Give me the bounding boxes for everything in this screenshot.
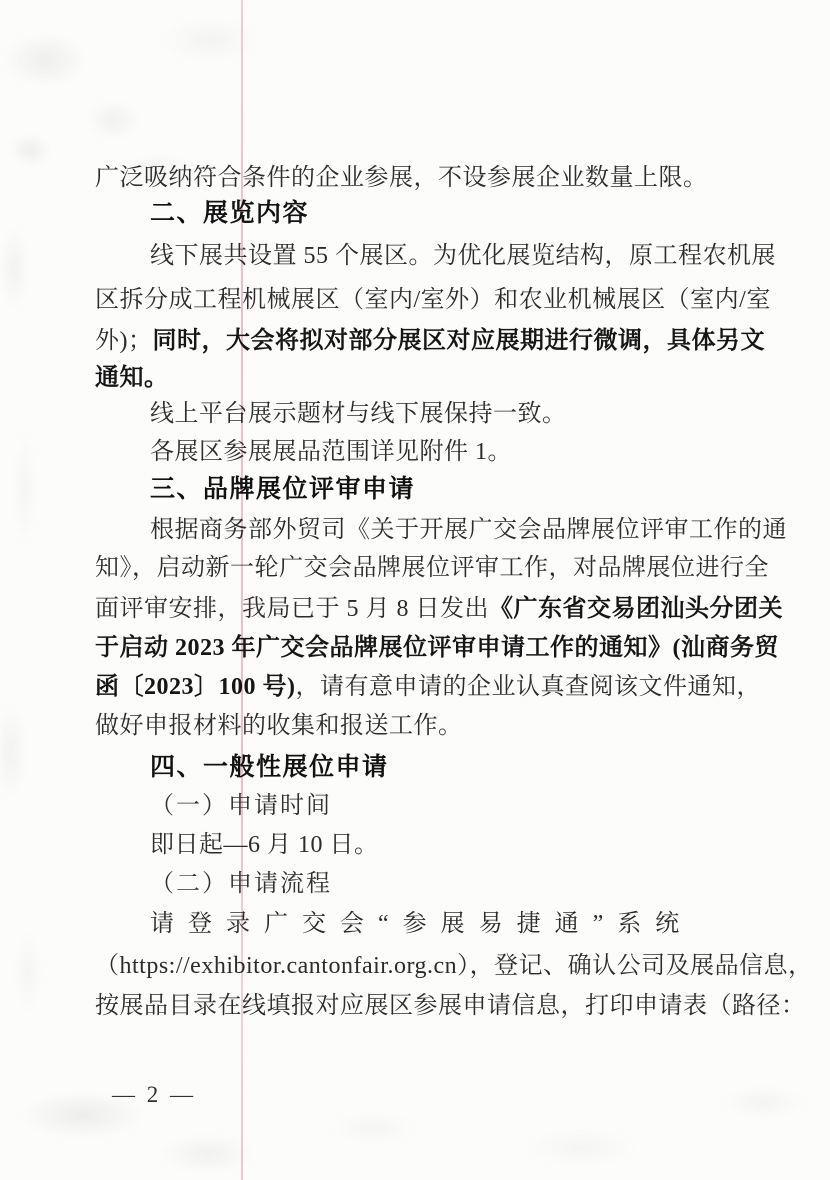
text-segment: 线上平台展示题材与线下展保持一致。 — [150, 401, 567, 427]
subsection-heading: （二）申请流程 — [95, 866, 795, 902]
text-segment: ，请有意申请的企业认真查阅该文件通知， — [296, 674, 762, 700]
text-line: 线下展共设置 55 个展区。为优化展览结构，原工程农机展 — [95, 238, 795, 274]
subheading-text: （二）申请流程 — [150, 871, 332, 897]
text-line: 区拆分成工程机械展区（室内/室外）和农业机械展区（室内/室 — [95, 282, 740, 318]
text-segment: （https://exhibitor.cantonfair.org.cn），登记… — [95, 953, 813, 979]
text-segment: 广泛吸纳符合条件的企业参展，不设参展企业数量上限。 — [95, 165, 708, 191]
text-line: 通知。 — [95, 360, 740, 396]
text-segment-bold: 同时，大会将拟对部分展区对应展期进行微调，具体另文 — [153, 328, 766, 354]
subheading-text: （一）申请时间 — [150, 793, 332, 819]
text-segment: 知》，启动新一轮广交会品牌展位评审工作，对品牌展位进行全 — [95, 555, 769, 581]
section-heading-4: 四、一般性展位申请 — [95, 749, 795, 785]
scan-noise-left-edge — [0, 180, 70, 1060]
document-page: 广泛吸纳符合条件的企业参展，不设参展企业数量上限。 二、展览内容 线下展共设置 … — [0, 0, 830, 1180]
heading-text: 四、一般性展位申请 — [150, 753, 389, 781]
text-segment: 面评审安排，我局已于 5 月 8 日发出 — [95, 596, 489, 622]
section-heading-2: 二、展览内容 — [95, 195, 795, 231]
text-segment: 各展区参展展品范围详见附件 1。 — [150, 439, 512, 465]
subsection-heading: （一）申请时间 — [95, 788, 795, 824]
text-line: 面评审安排，我局已于 5 月 8 日发出《广东省交易团汕头分团关 — [95, 591, 740, 627]
text-segment-bold: 于启动 2023 年广交会品牌展位评审申请工作的通知》(汕商务贸 — [95, 635, 779, 661]
text-segment: 线下展共设置 55 个展区。为优化展览结构，原工程农机展 — [150, 243, 776, 269]
text-segment-bold: 《广东省交易团汕头分团关 — [489, 596, 783, 622]
text-segment: 外)； — [95, 328, 153, 354]
text-line: 根据商务部外贸司《关于开展广交会品牌展位评审工作的通 — [95, 512, 795, 548]
text-line: 知》，启动新一轮广交会品牌展位评审工作，对品牌展位进行全 — [95, 550, 740, 586]
heading-text: 三、品牌展位评审申请 — [150, 475, 415, 503]
section-heading-3: 三、品牌展位评审申请 — [95, 471, 795, 507]
page-number: — 2 — — [112, 1082, 196, 1108]
text-segment-bold: 函〔2023〕100 号) — [95, 674, 296, 700]
text-segment: 根据商务部外贸司《关于开展广交会品牌展位评审工作的通 — [150, 517, 787, 543]
text-segment: 区拆分成工程机械展区（室内/室外）和农业机械展区（室内/室 — [95, 287, 771, 313]
scan-noise-bottom — [0, 1050, 830, 1180]
text-segment: 请登录广交会“参展易捷通”系统 — [150, 911, 693, 937]
text-line: 于启动 2023 年广交会品牌展位评审申请工作的通知》(汕商务贸 — [95, 630, 740, 666]
text-segment: 即日起—6 月 10 日。 — [150, 832, 379, 858]
text-line-justified: 请登录广交会“参展易捷通”系统 — [95, 906, 795, 942]
text-line: 即日起—6 月 10 日。 — [95, 827, 795, 863]
heading-text: 二、展览内容 — [150, 199, 309, 227]
text-segment-bold: 通知。 — [95, 365, 169, 391]
text-segment: 做好申报材料的收集和报送工作。 — [95, 713, 463, 739]
text-segment: 按展品目录在线填报对应展区参展申请信息，打印申请表（路径： — [95, 993, 806, 1019]
text-line: 线上平台展示题材与线下展保持一致。 — [95, 396, 795, 432]
text-line: 广泛吸纳符合条件的企业参展，不设参展企业数量上限。 — [95, 160, 740, 196]
text-line: 各展区参展展品范围详见附件 1。 — [95, 434, 795, 470]
text-line: 按展品目录在线填报对应展区参展申请信息，打印申请表（路径： — [95, 988, 740, 1024]
text-line: 外)；同时，大会将拟对部分展区对应展期进行微调，具体另文 — [95, 323, 740, 359]
text-line: 做好申报材料的收集和报送工作。 — [95, 708, 740, 744]
text-line: 函〔2023〕100 号)，请有意申请的企业认真查阅该文件通知， — [95, 669, 740, 705]
text-line-with-url: （https://exhibitor.cantonfair.org.cn），登记… — [95, 948, 740, 984]
